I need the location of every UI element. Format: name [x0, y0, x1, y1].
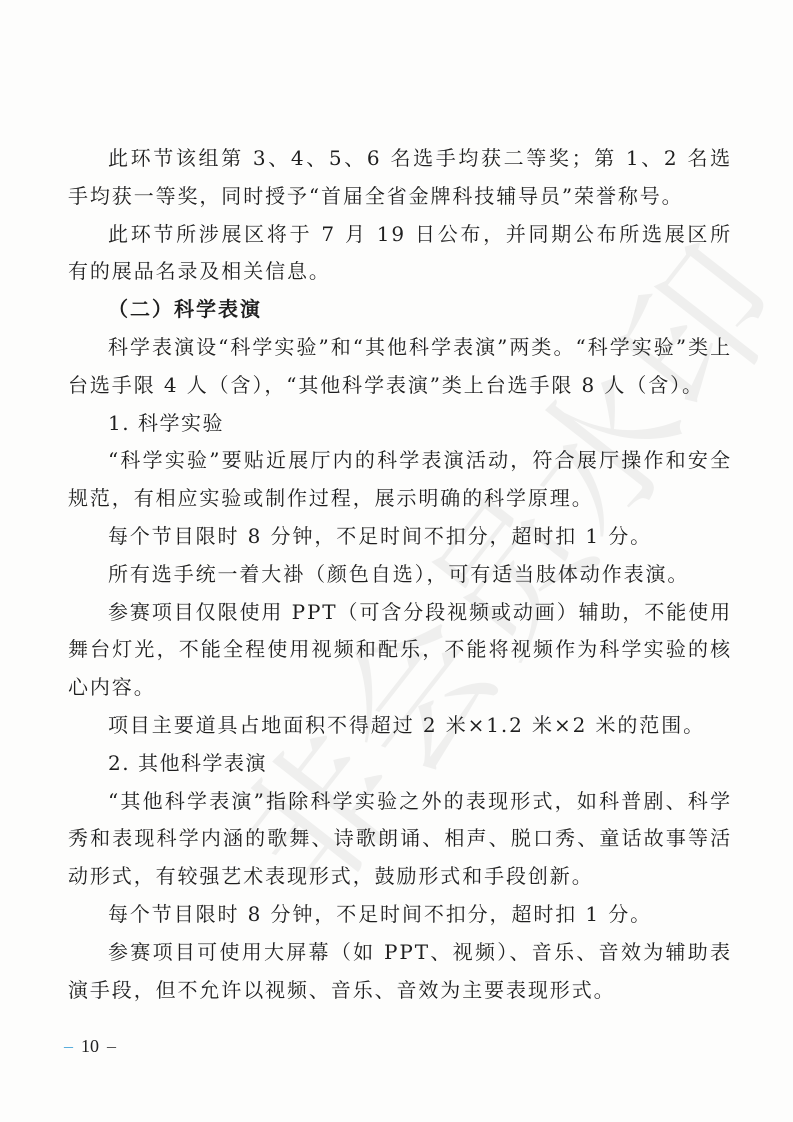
paragraph-performance-categories: 科学表演设“科学实验”和“其他科学表演”两类。“科学实验”类上台选手限 4 人（… — [68, 329, 732, 405]
sub-heading-other-performance: 2. 其他科学表演 — [68, 745, 732, 783]
paragraph-experiment-requirements: “科学实验”要贴近展厅内的科学表演活动，符合展厅操作和安全规范，有相应实验或制作… — [68, 442, 732, 518]
document-body: 此环节该组第 3、4、5、6 名选手均获二等奖；第 1、2 名选手均获一等奖，同… — [68, 140, 732, 1009]
document-page: 非会员水印 此环节该组第 3、4、5、6 名选手均获二等奖；第 1、2 名选手均… — [0, 0, 793, 1122]
paragraph-other-time-limit: 每个节目限时 8 分钟，不足时间不扣分，超时扣 1 分。 — [68, 896, 732, 934]
footer-dash-right: – — [107, 1036, 116, 1057]
section-heading-science-performance: （二）科学表演 — [68, 291, 732, 329]
paragraph-award-second-first: 此环节该组第 3、4、5、6 名选手均获二等奖；第 1、2 名选手均获一等奖，同… — [68, 140, 732, 216]
paragraph-experiment-time-limit: 每个节目限时 8 分钟，不足时间不扣分，超时扣 1 分。 — [68, 518, 732, 556]
paragraph-exhibit-announcement: 此环节所涉展区将于 7 月 19 日公布，并同期公布所选展区所有的展品名录及相关… — [68, 216, 732, 292]
paragraph-experiment-prop-size: 项目主要道具占地面积不得超过 2 米×1.2 米×2 米的范围。 — [68, 707, 732, 745]
paragraph-experiment-attire: 所有选手统一着大褂（颜色自选），可有适当肢体动作表演。 — [68, 556, 732, 594]
footer-dash-left: – — [64, 1036, 73, 1057]
sub-heading-science-experiment: 1. 科学实验 — [68, 405, 732, 443]
paragraph-experiment-media-rules: 参赛项目仅限使用 PPT（可含分段视频或动画）辅助，不能使用舞台灯光，不能全程使… — [68, 594, 732, 707]
page-footer: – 10 – — [64, 1036, 116, 1057]
paragraph-other-performance-definition: “其他科学表演”指除科学实验之外的表现形式，如科普剧、科学秀和表现科学内涵的歌舞… — [68, 783, 732, 896]
page-number: 10 — [81, 1036, 99, 1057]
paragraph-other-media-rules: 参赛项目可使用大屏幕（如 PPT、视频）、音乐、音效为辅助表演手段，但不允许以视… — [68, 934, 732, 1010]
